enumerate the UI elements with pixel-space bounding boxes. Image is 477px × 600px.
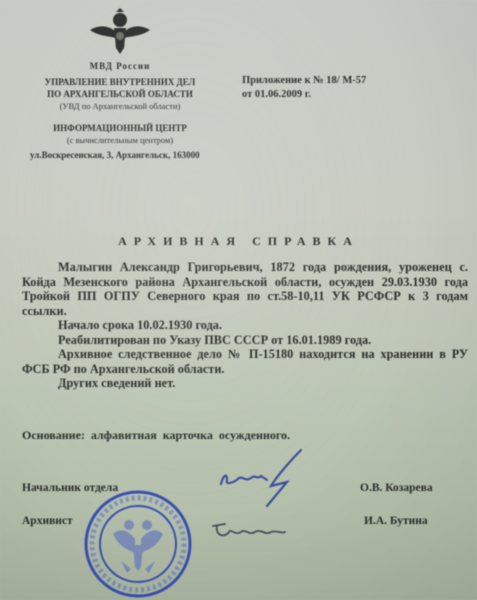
info-center-line: ИНФОРМАЦИОННЫЙ ЦЕНТР (20, 122, 220, 134)
department-line: ПО АРХАНГЕЛЬСКОЙ ОБЛАСТИ (20, 88, 220, 100)
address: ул.Воскресенская, 3, Архангельск, 163000 (30, 150, 200, 160)
document-title: АРХИВНАЯ СПРАВКА (0, 234, 477, 249)
body-paragraph: Других сведений нет. (22, 376, 468, 391)
department-line: УПРАВЛЕНИЕ ВНУТРЕННИХ ДЕЛ (20, 76, 220, 88)
appendix-reference: Приложение к № 18/ М-57 от 01.06.2009 г. (242, 74, 366, 102)
body-paragraph: Малыгин Александр Григорьевич, 1872 года… (22, 260, 468, 318)
handwritten-signatures (205, 446, 315, 556)
info-center-block: ИНФОРМАЦИОННЫЙ ЦЕНТР (с вычислительным ц… (20, 122, 220, 146)
department-block: УПРАВЛЕНИЕ ВНУТРЕННИХ ДЕЛ ПО АРХАНГЕЛЬСК… (20, 76, 220, 112)
appendix-date: от 01.06.2009 г. (242, 88, 366, 102)
appendix-number: Приложение к № 18/ М-57 (242, 74, 366, 88)
archival-certificate-document: МВД России УПРАВЛЕНИЕ ВНУТРЕННИХ ДЕЛ ПО … (0, 0, 477, 600)
body-paragraph: Архивное следственное дело № П-15180 нах… (22, 347, 468, 376)
department-line: (УВД по Архангельской области) (20, 100, 220, 112)
signer-name: И.А. Бутина (364, 515, 428, 527)
signer-name: О.В. Козарева (360, 482, 433, 494)
body-paragraph: Реабилитирован по Указу ПВС СССР от 16.0… (22, 333, 468, 348)
info-center-line: (с вычислительным центром) (20, 134, 220, 146)
body-paragraph: Начало срока 10.02.1930 года. (22, 318, 468, 333)
certificate-body: Малыгин Александр Григорьевич, 1872 года… (22, 260, 468, 391)
agency-name: МВД России (20, 60, 220, 72)
basis-line: Основание: алфавитная карточка осужденно… (22, 428, 290, 443)
official-stamp-seal (83, 489, 193, 599)
signer-position: Архивист (22, 515, 73, 527)
double-headed-eagle-icon (86, 8, 154, 56)
